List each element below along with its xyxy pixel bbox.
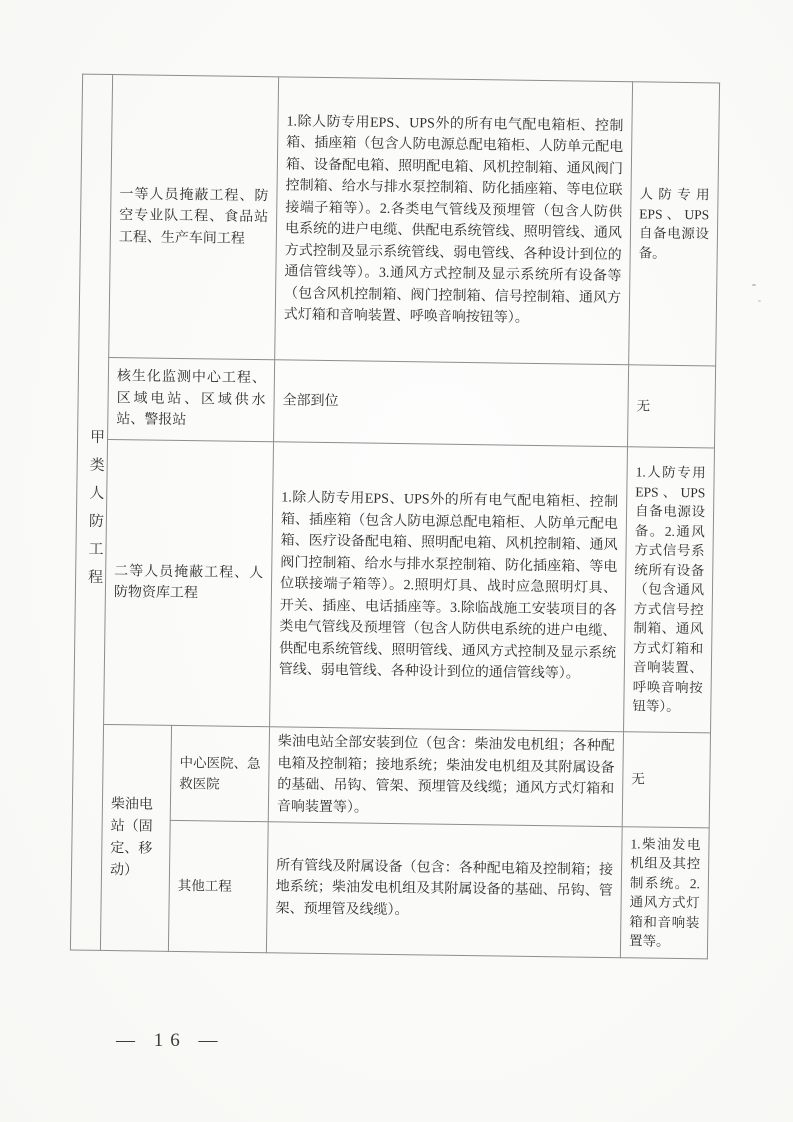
scan-speck bbox=[752, 284, 756, 286]
category-cell: 二等人员掩蔽工程、人防物资库工程 bbox=[104, 439, 274, 726]
table-row: 甲类人防工程 一等人员掩蔽工程、防空专业队工程、食品站工程、生产车间工程 1.除… bbox=[79, 74, 720, 366]
requirement-cell: 1.除人防专用EPS、UPS外的所有电气配电箱柜、控制箱、插座箱（包含人防电源总… bbox=[270, 442, 628, 732]
table-row: 二等人员掩蔽工程、人防物资库工程 1.除人防专用EPS、UPS外的所有电气配电箱… bbox=[74, 439, 715, 733]
requirement-cell: 全部到位 bbox=[274, 360, 629, 447]
category-cell: 一等人员掩蔽工程、防空专业队工程、食品站工程、生产车间工程 bbox=[109, 75, 279, 360]
table-row: 柴油电站（固定、移动） 中心医院、急救医院 柴油电站全部安装到位（包含：柴油发电… bbox=[72, 724, 710, 828]
page-number: — 16 — bbox=[116, 1030, 225, 1052]
exception-cell: 无 bbox=[622, 732, 710, 828]
subcategory-cell: 其他工程 bbox=[168, 820, 268, 952]
exception-cell: 人防专用EPS、UPS自备电源设备。 bbox=[629, 82, 720, 366]
table-row: 核生化监测中心工程、区域电站、区域供水站、警报站 全部到位 无 bbox=[78, 357, 716, 448]
group-cell: 柴油电站（固定、移动） bbox=[100, 724, 171, 951]
subcategory-cell: 中心医院、急救医院 bbox=[170, 725, 269, 821]
project-class-label: 甲类人防工程 bbox=[84, 428, 107, 596]
requirement-cell: 柴油电站全部安装到位（包含：柴油发电机组；各种配电箱及控制箱；接地系统；柴油发电… bbox=[268, 727, 623, 827]
scan-speck bbox=[758, 300, 761, 302]
exception-cell: 1.人防专用EPS、UPS自备电源设备。2.通风方式信号系统所有设备（包含通风方… bbox=[624, 447, 715, 733]
exception-cell: 1.柴油发电机组及其控制系统。2.通风方式灯箱和音响装置等。 bbox=[620, 827, 709, 959]
exception-cell: 无 bbox=[627, 365, 715, 448]
category-cell: 核生化监测中心工程、区域电站、区域供水站、警报站 bbox=[108, 357, 275, 441]
requirement-cell: 所有管线及附属设备（包含：各种配电箱及控制箱；接地系统；柴油发电机组及其附属设备… bbox=[266, 822, 622, 958]
requirement-cell: 1.除人防专用EPS、UPS外的所有电气配电箱柜、控制箱、插座箱（包含人防电源总… bbox=[275, 77, 633, 365]
requirements-table: 甲类人防工程 一等人员掩蔽工程、防空专业队工程、食品站工程、生产车间工程 1.除… bbox=[70, 74, 720, 960]
